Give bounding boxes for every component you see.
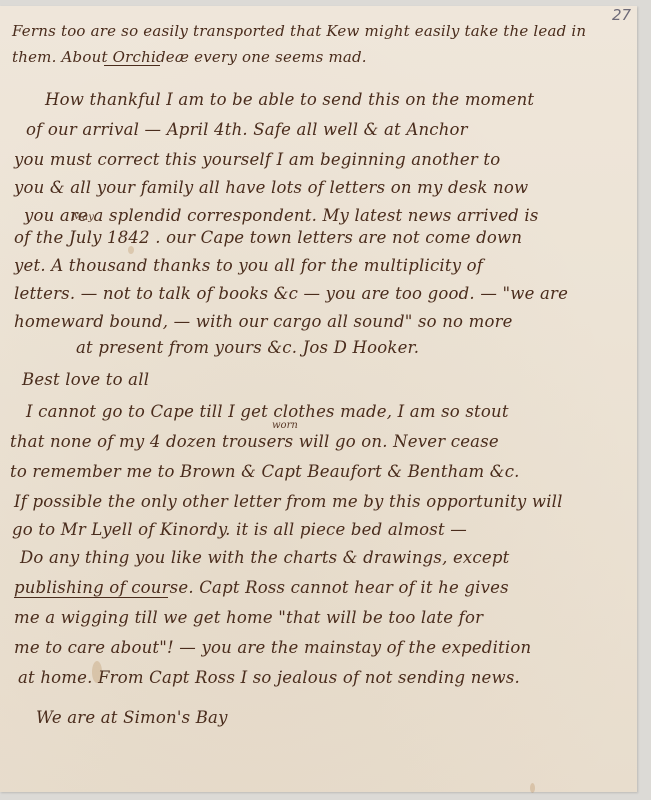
ink-stain <box>530 783 535 793</box>
text-line-2-content: them. About Orchideæ every one seems mad… <box>12 48 367 66</box>
text-line-17: If possible the only other letter from m… <box>14 492 563 511</box>
text-line-7: you are a splendid correspondent. My lat… <box>24 206 539 225</box>
text-line-9: yet. A thousand thanks to you all for th… <box>14 256 483 275</box>
text-line-24: We are at Simon's Bay <box>36 708 228 727</box>
text-line-22: me to care about"! — you are the mainsta… <box>14 638 531 657</box>
text-line-21: me a wigging till we get home "that will… <box>14 608 483 627</box>
text-line-2: them. About Orchideæ every one seems mad… <box>12 48 367 66</box>
text-line-1: Ferns too are so easily transported that… <box>12 22 586 40</box>
folio-number: 27 <box>612 6 631 24</box>
text-line-19: Do any thing you like with the charts & … <box>20 548 509 567</box>
text-line-4: of our arrival — April 4th. Safe all wel… <box>26 120 468 139</box>
text-line-8: of the July 1842 . our Cape town letters… <box>14 228 522 247</box>
text-line-23: at home. From Capt Ross I so jealous of … <box>18 668 520 687</box>
text-line-11: homeward bound, — with our cargo all sou… <box>14 312 513 331</box>
text-line-16: to remember me to Brown & Capt Beaufort … <box>10 462 520 481</box>
text-line-10: letters. — not to talk of books &c — you… <box>14 284 568 303</box>
text-line-13: Best love to all <box>22 370 149 389</box>
text-line-14: I cannot go to Cape till I get clothes m… <box>26 402 509 421</box>
text-line-3: How thankful I am to be able to send thi… <box>45 90 534 109</box>
underline-publishing <box>14 597 168 598</box>
text-line-15: that none of my 4 dozen trousers will go… <box>10 432 499 451</box>
insertion-worn: worn <box>272 420 298 431</box>
text-line-6: you & all your family all have lots of l… <box>14 178 528 197</box>
text-line-20: publishing of course. Capt Ross cannot h… <box>14 578 509 597</box>
ink-stain <box>128 246 134 254</box>
insertion-may: May <box>72 212 94 223</box>
underline-orchideae <box>104 65 160 66</box>
text-line-5: you must correct this yourself I am begi… <box>14 150 500 169</box>
text-line-12-signature: at present from yours &c. Jos D Hooker. <box>76 338 419 357</box>
text-line-18: go to Mr Lyell of Kinordy. it is all pie… <box>12 520 467 539</box>
